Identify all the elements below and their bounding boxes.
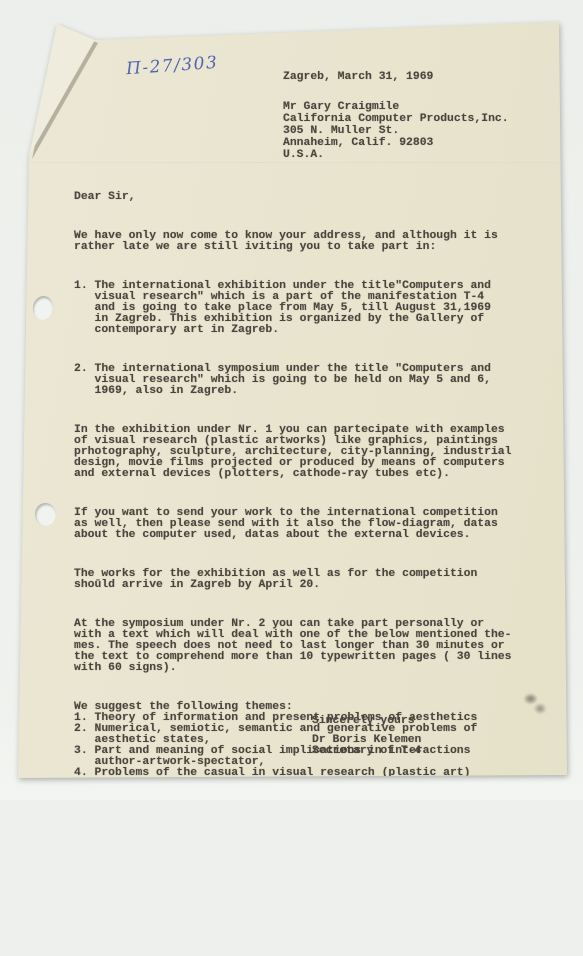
handwritten-reference-number: П-27/303 — [125, 53, 219, 79]
paper-shadow-wrap: П-27/303 Zagreb, March 31, 1969 Mr Gary … — [0, 0, 583, 800]
recipient-address: Mr Gary Craigmile California Computer Pr… — [283, 101, 509, 161]
salutation: Dear Sir, — [74, 192, 532, 203]
paragraph-competition-requirements: If you want to send your work to the int… — [74, 508, 532, 541]
paragraph-exhibition-details: In the exhibition under Nr. 1 you can pa… — [74, 425, 532, 480]
paragraph-deadline: The works for the exhibition as well as … — [74, 569, 532, 591]
signature-block: Dr Boris Kelemen Secretary of T-4 — [312, 735, 421, 757]
letter-body: Dear Sir, We have only now come to know … — [74, 170, 532, 800]
numbered-item-exhibition: 1. The international exhibition under th… — [74, 281, 532, 336]
ink-smudge — [517, 689, 551, 717]
numbered-item-symposium: 2. The international symposium under the… — [74, 364, 532, 397]
paragraph-symposium-details: At the symposium under Nr. 2 you can tak… — [74, 619, 532, 674]
paragraph-intro: We have only now come to know your addre… — [74, 231, 532, 253]
themes-list: We suggest the following themes: 1. Theo… — [74, 702, 532, 800]
paper-crease-line — [30, 161, 558, 163]
closing-line: Sincerely yours — [312, 716, 415, 727]
date-line: Zagreb, March 31, 1969 — [283, 72, 433, 83]
letter-paper: П-27/303 Zagreb, March 31, 1969 Mr Gary … — [0, 0, 583, 800]
scan-background: П-27/303 Zagreb, March 31, 1969 Mr Gary … — [0, 0, 583, 800]
